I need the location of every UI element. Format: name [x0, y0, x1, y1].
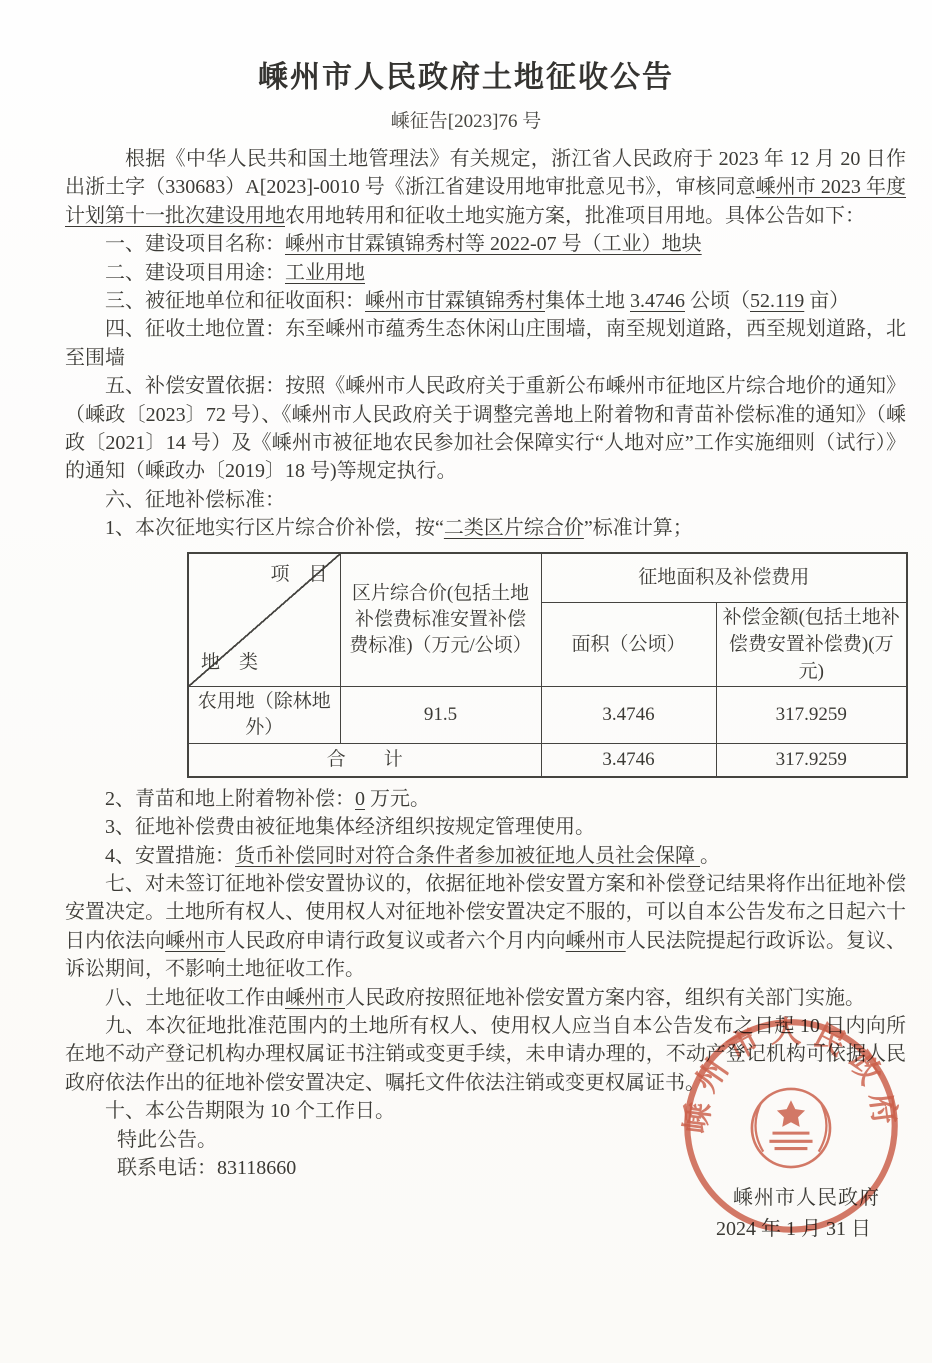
signature-date: 2024 年 1 月 31 日: [716, 1212, 871, 1241]
signature-organization: 嵊州市人民政府: [733, 1181, 880, 1210]
table-header-row-1: 项 目 地 类 区片综合价(包括土地补偿费标准安置补偿费标准)（万元/公顷） 征…: [188, 553, 907, 603]
total-label: 合 计: [188, 743, 541, 777]
cell-price: 91.5: [340, 686, 541, 743]
table-corner-cell: 项 目 地 类: [188, 553, 340, 687]
item3-label: 三、被征地单位和征收面积：: [105, 290, 365, 312]
document-title: 嵊州市人民政府土地征收公告: [0, 0, 932, 96]
item7-s2: 人民政府申请行政复议或者六个月内向: [225, 930, 565, 952]
item3-mid1: 集体土地: [545, 290, 630, 312]
subitem1-underlined: 二类区片综合价: [444, 517, 584, 539]
corner-label-project: 项 目: [270, 562, 327, 588]
cell-landtype: 农用地（除林地外）: [188, 686, 340, 743]
subitem1-pre: 1、本次征地实行区片综合价补偿，按“: [105, 517, 444, 539]
subitem1-post: ”标准计算；: [584, 517, 693, 539]
item7-city2: 嵊州市: [566, 930, 626, 952]
subitem4-pre: 4、安置措施：: [105, 845, 235, 867]
header-area-and-fees-group: 征地面积及补偿费用: [541, 553, 907, 603]
compensation-table: 项 目 地 类 区片综合价(包括土地补偿费标准安置补偿费标准)（万元/公顷） 征…: [187, 552, 908, 778]
subitem2-underlined: 0: [355, 788, 365, 810]
subitem-price-basis: 1、本次征地实行区片综合价补偿，按“二类区片综合价”标准计算；: [65, 514, 906, 542]
item-compensation-basis: 五、补偿安置依据：按照《嵊州市人民政府关于重新公布嵊州市征地区片综合地价的通知》…: [65, 372, 906, 486]
item-project-use: 二、建设项目用途：工业用地: [65, 259, 906, 287]
subitem4-underlined: 货币补偿同时对符合条件者参加被征地人员社会保障: [235, 845, 700, 867]
cell-amount: 317.9259: [716, 686, 907, 743]
item8-city: 嵊州市: [285, 987, 345, 1009]
item1-value: 嵊州市甘霖镇锦秀村等 2022-07 号（工业）地块: [285, 233, 702, 255]
item2-label: 二、建设项目用途：: [105, 262, 285, 284]
item-project-name: 一、建设项目名称：嵊州市甘霖镇锦秀村等 2022-07 号（工业）地块: [65, 230, 906, 258]
item3-mu: 52.119: [750, 290, 804, 312]
item3-post: 亩）: [804, 290, 849, 312]
item3-village: 嵊州市甘霖镇锦秀村: [365, 290, 545, 312]
item2-value: 工业用地: [285, 262, 365, 284]
document-body: 根据《中华人民共和国土地管理法》有关规定，浙江省人民政府于 2023 年 12 …: [65, 145, 906, 1182]
table-total-row: 合 计 3.4746 317.9259: [188, 743, 907, 777]
table-row: 农用地（除林地外） 91.5 3.4746 317.9259: [188, 686, 907, 743]
item7-city1: 嵊州市: [165, 930, 225, 952]
subitem4-post: 。: [700, 845, 720, 867]
item8-pre: 八、土地征收工作由: [105, 987, 285, 1009]
contact-phone: 联系电话：83118660: [65, 1154, 906, 1182]
closing-statement: 特此公告。: [65, 1126, 906, 1154]
item8-post: 人民政府按照征地补偿安置方案内容，组织有关部门实施。: [345, 987, 865, 1009]
document-number: 嵊征告[2023]76 号: [0, 106, 932, 133]
item1-label: 一、建设项目名称：: [105, 233, 285, 255]
item-dispute-procedure: 七、对未签订征地补偿安置协议的，依据征地补偿安置方案和补偿登记结果将作出征地补偿…: [65, 870, 906, 984]
item-compensation-standard: 六、征地补偿标准：: [65, 486, 906, 514]
total-area: 3.4746: [541, 743, 716, 777]
item-expropriated-unit: 三、被征地单位和征收面积：嵊州市甘霖镇锦秀村集体土地 3.4746 公顷（52.…: [65, 287, 906, 315]
subitem-seedling-compensation: 2、青苗和地上附着物补偿：0 万元。: [65, 785, 906, 813]
subitem-fund-management: 3、征地补偿费由被征地集体经济组织按规定管理使用。: [65, 813, 906, 841]
header-comprehensive-price: 区片综合价(包括土地补偿费标准安置补偿费标准)（万元/公顷）: [340, 553, 541, 687]
item-implementation: 八、土地征收工作由嵊州市人民政府按照征地补偿安置方案内容，组织有关部门实施。: [65, 984, 906, 1012]
item-registration: 九、本次征地批准范围内的土地所有权人、使用权人应当自本公告发布之日起 10 日内…: [65, 1012, 906, 1097]
item3-mid2: 公顷（: [685, 290, 750, 312]
document-page: 嵊州市人民政府土地征收公告 嵊征告[2023]76 号 根据《中华人民共和国土地…: [0, 0, 932, 1363]
item-land-location: 四、征收土地位置：东至嵊州市蕴秀生态休闲山庄围墙，南至规划道路，西至规划道路，北…: [65, 315, 906, 372]
header-amount: 补偿金额(包括土地补偿费安置补偿费)(万元): [716, 602, 907, 686]
cell-area: 3.4746: [541, 686, 716, 743]
subitem2-pre: 2、青苗和地上附着物补偿：: [105, 788, 355, 810]
header-area: 面积（公顷）: [541, 602, 716, 686]
item3-hectares: 3.4746: [630, 290, 685, 312]
subitem2-post: 万元。: [365, 788, 430, 810]
total-amount: 317.9259: [716, 743, 907, 777]
item-notice-period: 十、本公告期限为 10 个工作日。: [65, 1097, 906, 1125]
corner-label-landtype: 地 类: [201, 650, 258, 676]
basis-text-post: 农用地转用和征收土地实施方案，批准项目用地。具体公告如下：: [285, 205, 865, 227]
paragraph-basis: 根据《中华人民共和国土地管理法》有关规定，浙江省人民政府于 2023 年 12 …: [65, 145, 906, 230]
subitem-resettlement-measures: 4、安置措施：货币补偿同时对符合条件者参加被征地人员社会保障 。: [65, 842, 906, 870]
